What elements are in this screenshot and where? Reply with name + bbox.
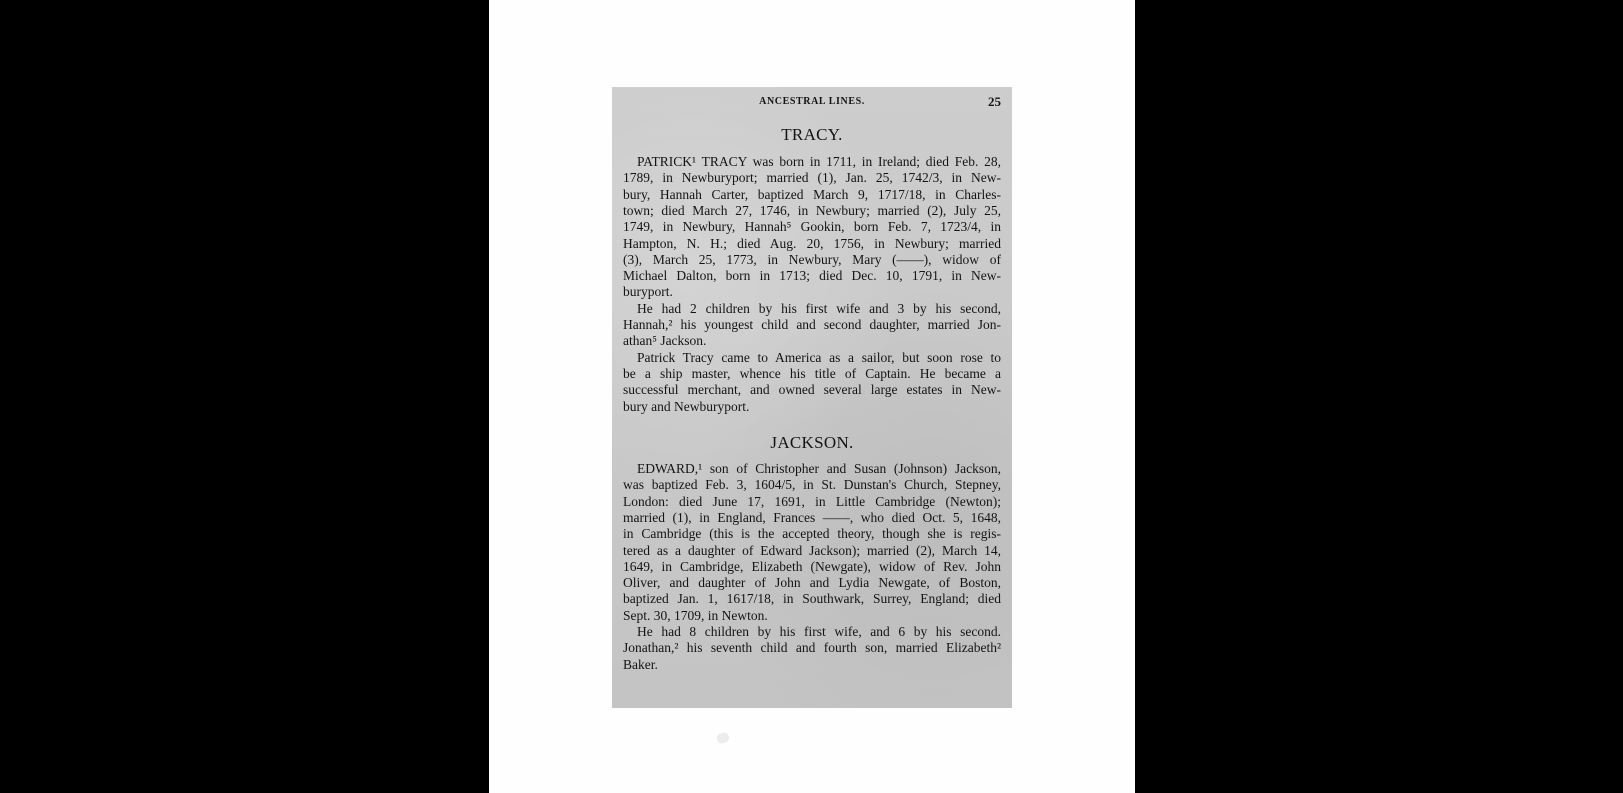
- running-head: ANCESTRAL LINES.: [612, 96, 1012, 107]
- text-line: Michael Dalton, born in 1713; died Dec. …: [623, 267, 1001, 284]
- text-line: London: died June 17, 1691, in Little Ca…: [623, 493, 1001, 510]
- text-line: buryport.: [623, 283, 1001, 300]
- text-line: He had 2 children by his first wife and …: [637, 300, 1001, 317]
- text-line: tered as a daughter of Edward Jackson); …: [623, 542, 1001, 559]
- text-line: (3), March 25, 1773, in Newbury, Mary (—…: [623, 251, 1001, 268]
- text-line: baptized Jan. 1, 1617/18, in Southwark, …: [623, 590, 1001, 607]
- text-line: town; died March 27, 1746, in Newbury; m…: [623, 202, 1001, 219]
- text-line: Baker.: [623, 656, 1001, 673]
- text-line: EDWARD,¹ son of Christopher and Susan (J…: [637, 460, 1001, 477]
- text-line: Patrick Tracy came to America as a sailo…: [637, 349, 1001, 366]
- text-line: be a ship master, whence his title of Ca…: [623, 365, 1001, 382]
- text-line: 1749, in Newbury, Hannah⁵ Gookin, born F…: [623, 218, 1001, 235]
- text-line: Sept. 30, 1709, in Newton.: [623, 607, 1001, 624]
- text-line: Jonathan,² his seventh child and fourth …: [623, 639, 1001, 656]
- text-line: bury, Hannah Carter, baptized March 9, 1…: [623, 186, 1001, 203]
- scanned-page: ANCESTRAL LINES. 25 TRACY. PATRICK¹ TRAC…: [612, 87, 1012, 708]
- text-line: He had 8 children by his first wife, and…: [637, 623, 1001, 640]
- section-heading-tracy: TRACY.: [612, 125, 1012, 145]
- text-line: Oliver, and daughter of John and Lydia N…: [623, 574, 1001, 591]
- text-line: in Cambridge (this is the accepted theor…: [623, 525, 1001, 542]
- text-line: successful merchant, and owned several l…: [623, 381, 1001, 398]
- text-line: Hampton, N. H.; died Aug. 20, 1756, in N…: [623, 235, 1001, 252]
- text-line: 1789, in Newburyport; married (1), Jan. …: [623, 169, 1001, 186]
- text-line: married (1), in England, Frances ——, who…: [623, 509, 1001, 526]
- text-line: athan⁵ Jackson.: [623, 332, 1001, 349]
- text-line: bury and Newburyport.: [623, 398, 1001, 415]
- section-heading-jackson: JACKSON.: [612, 433, 1012, 453]
- text-line: 1649, in Cambridge, Elizabeth (Newgate),…: [623, 558, 1001, 575]
- text-line: was baptized Feb. 3, 1604/5, in St. Duns…: [623, 476, 1001, 493]
- page-number: 25: [988, 94, 1001, 110]
- text-line: Hannah,² his youngest child and second d…: [623, 316, 1001, 333]
- text-line: PATRICK¹ TRACY was born in 1711, in Irel…: [637, 153, 1001, 170]
